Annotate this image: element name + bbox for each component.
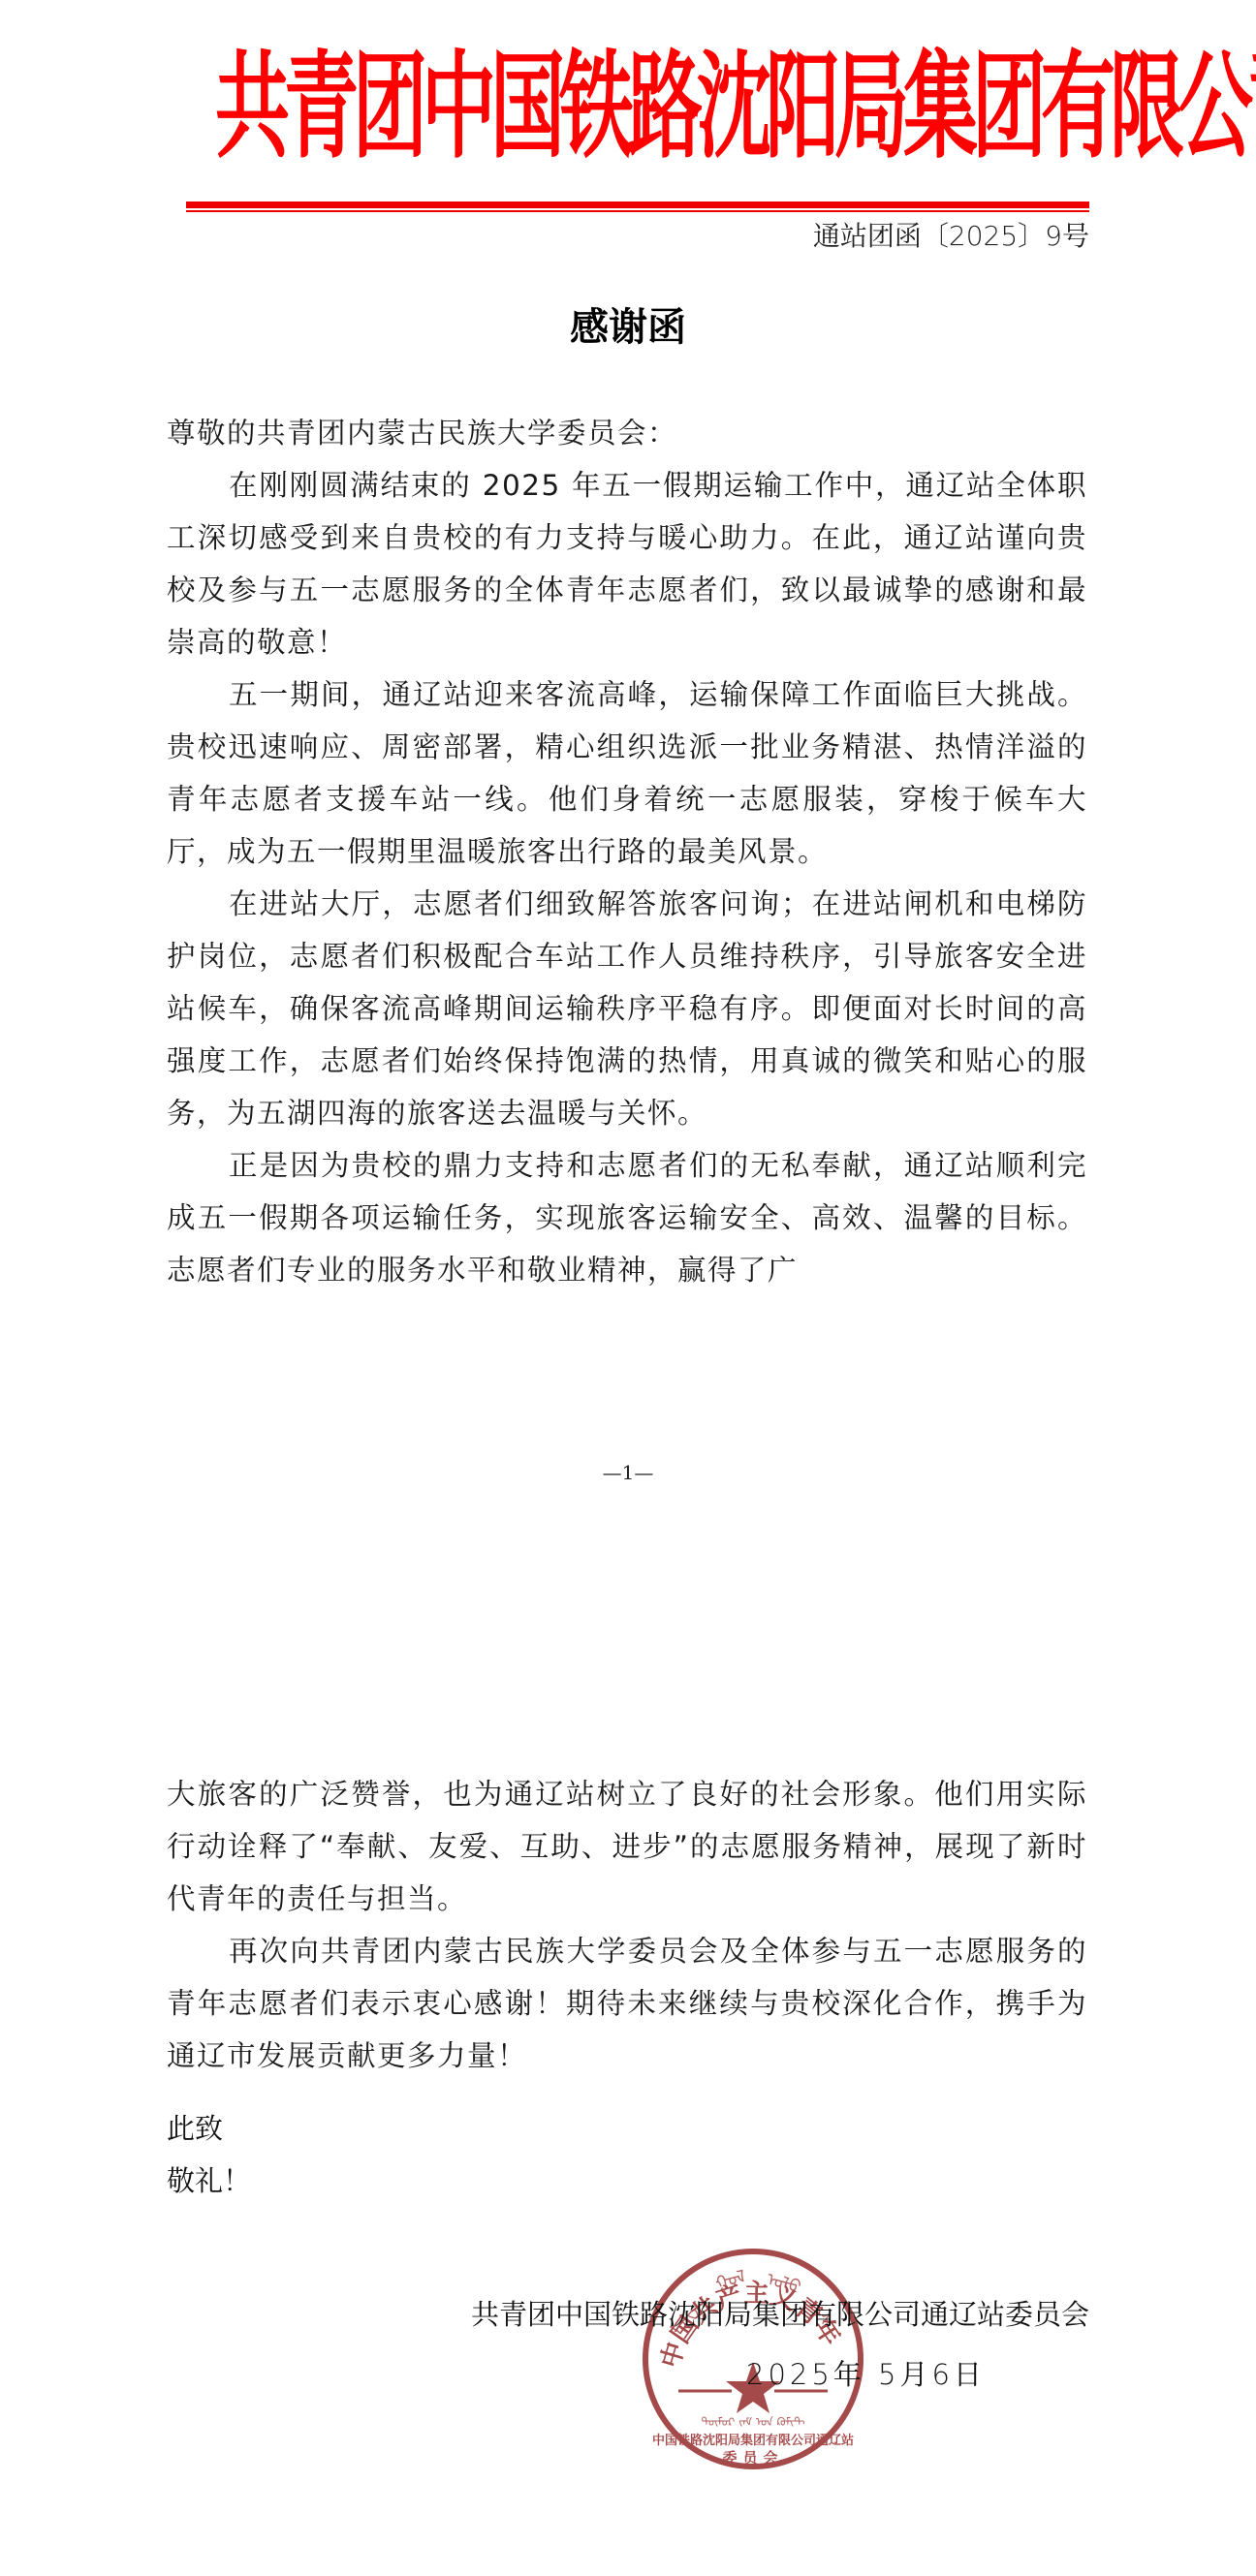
paragraph-1: 在刚刚圆满结束的 2025 年五一假期运输工作中，通辽站全体职工深切感受到来自贵… [167, 459, 1087, 668]
page-number: —1— [0, 1461, 1256, 1484]
seal-bottom-text-1: 中国铁路沈阳局集团有限公司通辽站 [652, 2433, 854, 2448]
letter-body-page2: 大旅客的广泛赞誉，也为通辽站树立了良好的社会形象。他们用实际行动诠释了“奉献、友… [167, 1768, 1087, 2082]
letterhead-red-rule-thick [186, 202, 1089, 208]
letter-page: 共青团中国铁路沈阳局集团有限公司通辽站委员会 通站团函〔2025〕9号 感谢函 … [0, 0, 1256, 2576]
svg-text:ᠲᠥᠮᠥᠷ ᠵᠠᠮ ᠤᠨ ᠺᠣᠮᠢᠲ: ᠲᠥᠮᠥᠷ ᠵᠠᠮ ᠤᠨ ᠺᠣᠮᠢᠲ [702, 2415, 805, 2429]
final-paragraph: 再次向共青团内蒙古民族大学委员会及全体参与五一志愿服务的青年志愿者们表示衷心感谢… [167, 1925, 1087, 2082]
letter-body-page1: 尊敬的共青团内蒙古民族大学委员会： 在刚刚圆满结束的 2025 年五一假期运输工… [167, 407, 1087, 1296]
paragraph-4-continuation: 大旅客的广泛赞誉，也为通辽站树立了良好的社会形象。他们用实际行动诠释了“奉献、友… [167, 1768, 1087, 1925]
paragraph-3: 在进站大厅，志愿者们细致解答旅客问询；在进站闸机和电梯防护岗位，志愿者们积极配合… [167, 878, 1087, 1139]
closing-line-1: 此致 [167, 2102, 251, 2155]
paragraph-2: 五一期间，通辽站迎来客流高峰，运输保障工作面临巨大挑战。贵校迅速响应、周密部署，… [167, 668, 1087, 878]
document-number: 通站团函〔2025〕9号 [813, 215, 1089, 258]
closing-block: 此致 敬礼！ [167, 2102, 251, 2207]
salutation: 尊敬的共青团内蒙古民族大学委员会： [167, 407, 1087, 459]
paragraph-4: 正是因为贵校的鼎力支持和志愿者们的无私奉献，通辽站顺利完成五一假期各项运输任务，… [167, 1139, 1087, 1296]
closing-line-2: 敬礼！ [167, 2155, 251, 2207]
signature-date: 2025年 5月6日 [746, 2348, 986, 2401]
signature-organization: 共青团中国铁路沈阳局集团有限公司通辽站委员会 [471, 2288, 1089, 2341]
seal-bottom-text-2: 委员会 [722, 2449, 783, 2467]
org-letterhead-title: 共青团中国铁路沈阳局集团有限公司通辽站委员会 [215, 13, 1049, 204]
letterhead-red-rule-thin [186, 210, 1089, 212]
letter-title: 感谢函 [0, 298, 1256, 357]
